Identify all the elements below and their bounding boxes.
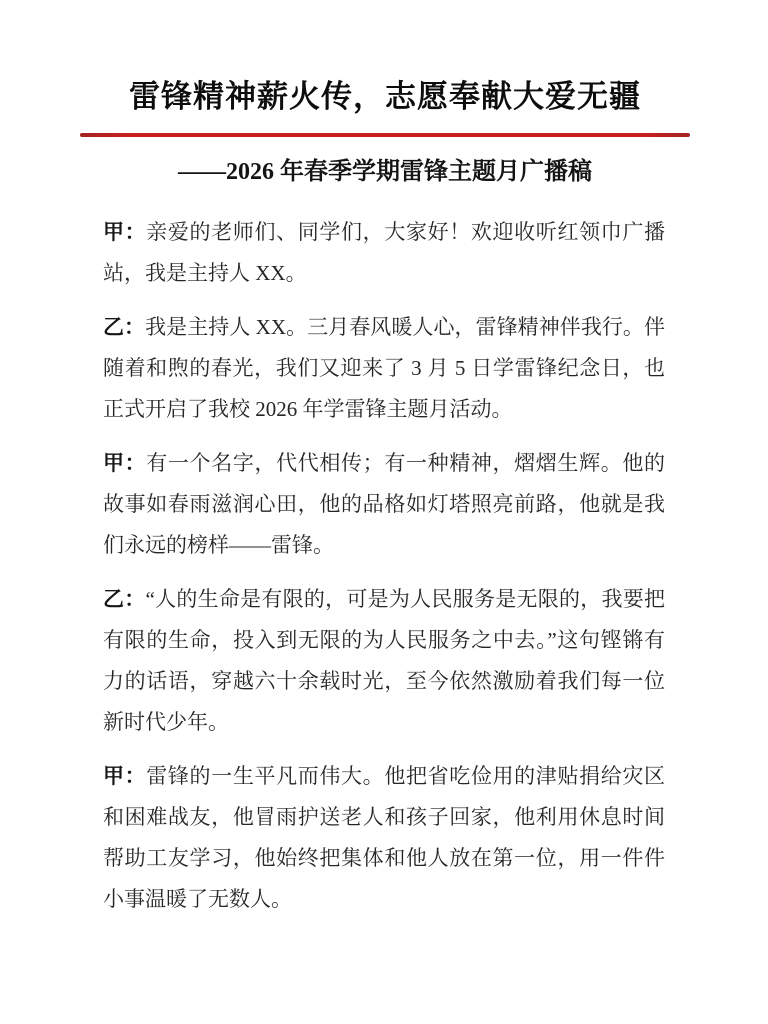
title-divider-line [80,133,690,137]
paragraph-text: 有一个名字，代代相传；有一种精神，熠熠生辉。他的故事如春雨滋润心田，他的品格如灯… [103,451,665,557]
speaker-label: 甲： [103,764,146,788]
document-body: 甲：亲爱的老师们、同学们，大家好！欢迎收听红领巾广播站，我是主持人 XX。 乙：… [103,212,665,920]
paragraph-text: 我是主持人 XX。三月春风暖人心，雷锋精神伴我行。伴随着和煦的春光，我们又迎来了… [103,315,665,421]
speaker-label: 甲： [103,220,146,244]
paragraph: 甲：有一个名字，代代相传；有一种精神，熠熠生辉。他的故事如春雨滋润心田，他的品格… [103,443,665,566]
speaker-label: 甲： [103,451,146,475]
speaker-label: 乙： [103,315,145,339]
document-title: 雷锋精神薪火传，志愿奉献大爱无疆 [80,76,690,118]
paragraph-text: 雷锋的一生平凡而伟大。他把省吃俭用的津贴捐给灾区和困难战友，他冒雨护送老人和孩子… [103,764,665,911]
paragraph: 甲：雷锋的一生平凡而伟大。他把省吃俭用的津贴捐给灾区和困难战友，他冒雨护送老人和… [103,756,665,920]
paragraph: 甲：亲爱的老师们、同学们，大家好！欢迎收听红领巾广播站，我是主持人 XX。 [103,212,665,294]
paragraph-text: “人的生命是有限的，可是为人民服务是无限的，我要把有限的生命，投入到无限的为人民… [103,587,665,734]
paragraph-text: 亲爱的老师们、同学们，大家好！欢迎收听红领巾广播站，我是主持人 XX。 [103,220,665,285]
paragraph: 乙：我是主持人 XX。三月春风暖人心，雷锋精神伴我行。伴随着和煦的春光，我们又迎… [103,307,665,430]
paragraph: 乙：“人的生命是有限的，可是为人民服务是无限的，我要把有限的生命，投入到无限的为… [103,579,665,743]
speaker-label: 乙： [103,587,146,611]
document-page: 雷锋精神薪火传，志愿奉献大爱无疆 ——2026 年春季学期雷锋主题月广播稿 甲：… [0,0,768,1024]
document-subtitle: ——2026 年春季学期雷锋主题月广播稿 [80,156,690,188]
document-content: 雷锋精神薪火传，志愿奉献大爱无疆 ——2026 年春季学期雷锋主题月广播稿 甲：… [80,76,690,920]
